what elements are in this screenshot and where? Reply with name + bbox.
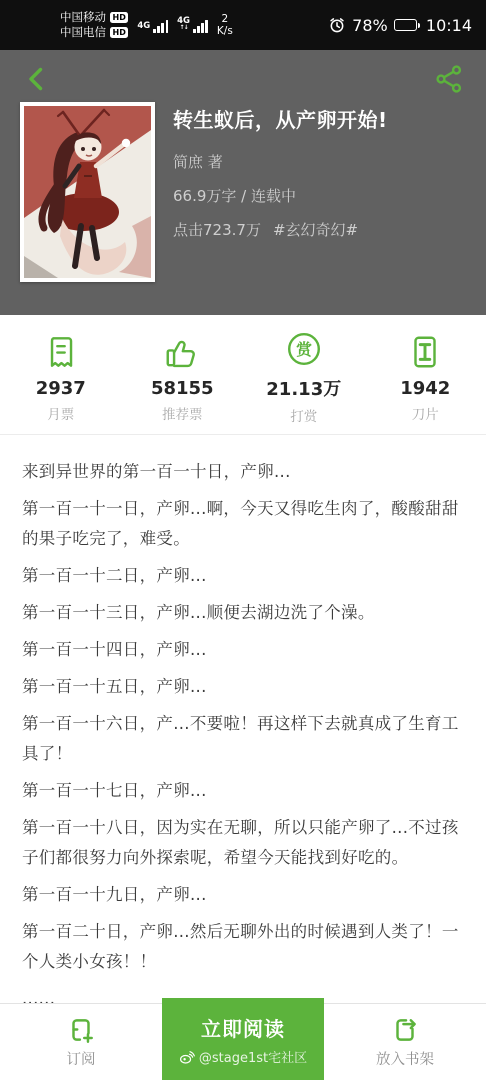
thumbs-up-icon [163,333,201,371]
blade-icon [406,333,444,371]
carrier-2: 中国电信 [60,26,106,39]
stat-reward[interactable]: 赏 21.13万 打赏 [243,315,365,434]
status-right: 78% 10:14 [328,16,472,35]
subscribe-label: 订阅 [67,1048,96,1069]
back-chevron-icon [22,64,52,98]
carrier-names: 中国移动 HD 中国电信 HD [60,11,128,38]
monthly-ticket-icon [42,333,80,371]
stat-value: 2937 [36,378,86,399]
network-type-1: 4G [137,22,150,31]
battery-icon [394,19,420,31]
description-paragraph: 第一百一十四日，产卵... [22,635,464,665]
book-header: 转生蚁后，从产卵开始! 简庶 著 66.9万字 / 连载中 点击723.7万 #… [0,50,486,315]
watermark-text: @stage1st宅社区 [199,1047,307,1066]
alarm-icon [328,16,346,34]
book-title: 转生蚁后，从产卵开始! [173,104,388,133]
description-paragraph: 第一百二十日，产卵...然后无聊外出的时候遇到人类了！一个人类小女孩！！ [22,917,464,977]
description-paragraph: 第一百一十一日，产卵...啊，今天又得吃生肉了，酸酸甜甜的果子吃完了，难受。 [22,494,464,554]
share-icon [434,64,464,98]
clock-time: 10:14 [426,16,472,35]
svg-text:赏: 赏 [296,340,313,359]
hd-badge: HD [110,27,128,38]
book-clicks: 点击723.7万 [173,219,261,240]
stat-label: 刀片 [412,403,439,423]
book-cover[interactable] [20,102,155,282]
description-paragraph: 第一百一十二日，产卵... [22,561,464,591]
book-arrow-icon [390,1015,420,1045]
carrier-1: 中国移动 [60,11,106,24]
stat-recommend-ticket[interactable]: 58155 推荐票 [122,315,244,434]
book-plus-icon [66,1015,96,1045]
book-genre-tag[interactable]: #玄幻奇幻# [273,219,358,240]
book-row: 转生蚁后，从产卵开始! 简庶 著 66.9万字 / 连载中 点击723.7万 #… [20,102,466,282]
description-paragraph: 来到异世界的第一百一十日，产卵... [22,457,464,487]
signal-bars-icon [153,18,168,33]
weibo-icon [179,1049,195,1065]
stat-monthly-ticket[interactable]: 2937 月票 [0,315,122,434]
description-paragraph: 第一百一十三日，产卵...顺便去湖边洗了个澡。 [22,598,464,628]
watermark: @stage1st宅社区 [179,1047,307,1066]
description-paragraph: 第一百一十八日，因为实在无聊，所以只能产卵了...不过孩子们都很努力向外探索呢，… [22,813,464,873]
add-to-shelf-button[interactable]: 放入书架 [324,1004,486,1080]
book-author: 简庶 著 [173,151,388,172]
stat-value: 1942 [400,378,450,399]
signal-cluster-2: 4G ↑↓ [177,17,208,34]
signal-bars-icon [193,18,208,33]
share-button[interactable] [432,64,466,98]
bottom-action-bar: 订阅 立即阅读 @stage1st宅社区 放入书架 [0,1003,486,1080]
cover-art [24,106,151,278]
back-button[interactable] [20,64,54,98]
stat-value: 21.13万 [266,375,341,401]
network-speed: 2 K/s [217,13,233,37]
battery-percent: 78% [352,16,388,35]
description-paragraph: 第一百一十七日，产卵... [22,776,464,806]
stat-value: 58155 [151,378,214,399]
nav-row [20,50,466,98]
status-left: 中国移动 HD 中国电信 HD 4G 4G ↑↓ 2 K/s [60,11,233,38]
description-paragraph: 第一百一十六日，产...不要啦！再这样下去就真成了生育工具了！ [22,709,464,769]
stat-label: 推荐票 [162,403,203,423]
add-to-shelf-label: 放入书架 [376,1048,434,1069]
hd-badge: HD [110,12,128,23]
stat-label: 打赏 [290,405,317,425]
signal-cluster-1: 4G [137,18,168,33]
status-bar: 中国移动 HD 中国电信 HD 4G 4G ↑↓ 2 K/s [0,0,486,50]
reward-icon: 赏 [285,330,323,368]
description-paragraph: 第一百一十五日，产卵... [22,672,464,702]
stat-blade[interactable]: 1942 刀片 [365,315,486,434]
updown-arrows-icon: ↑↓ [180,25,188,31]
stat-label: 月票 [47,403,74,423]
subscribe-button[interactable]: 订阅 [0,1004,162,1080]
stats-row: 2937 月票 58155 推荐票 赏 21.13万 打赏 1942 刀片 [0,315,486,435]
read-now-label: 立即阅读 [201,1013,285,1042]
book-description: 来到异世界的第一百一十日，产卵... 第一百一十一日，产卵...啊，今天又得吃生… [0,435,486,1051]
book-wordcount: 66.9万字 / 连载中 [173,185,388,206]
book-info: 转生蚁后，从产卵开始! 简庶 著 66.9万字 / 连载中 点击723.7万 #… [173,102,388,282]
description-paragraph: 第一百一十九日，产卵... [22,880,464,910]
read-now-button[interactable]: 立即阅读 @stage1st宅社区 [162,998,324,1080]
